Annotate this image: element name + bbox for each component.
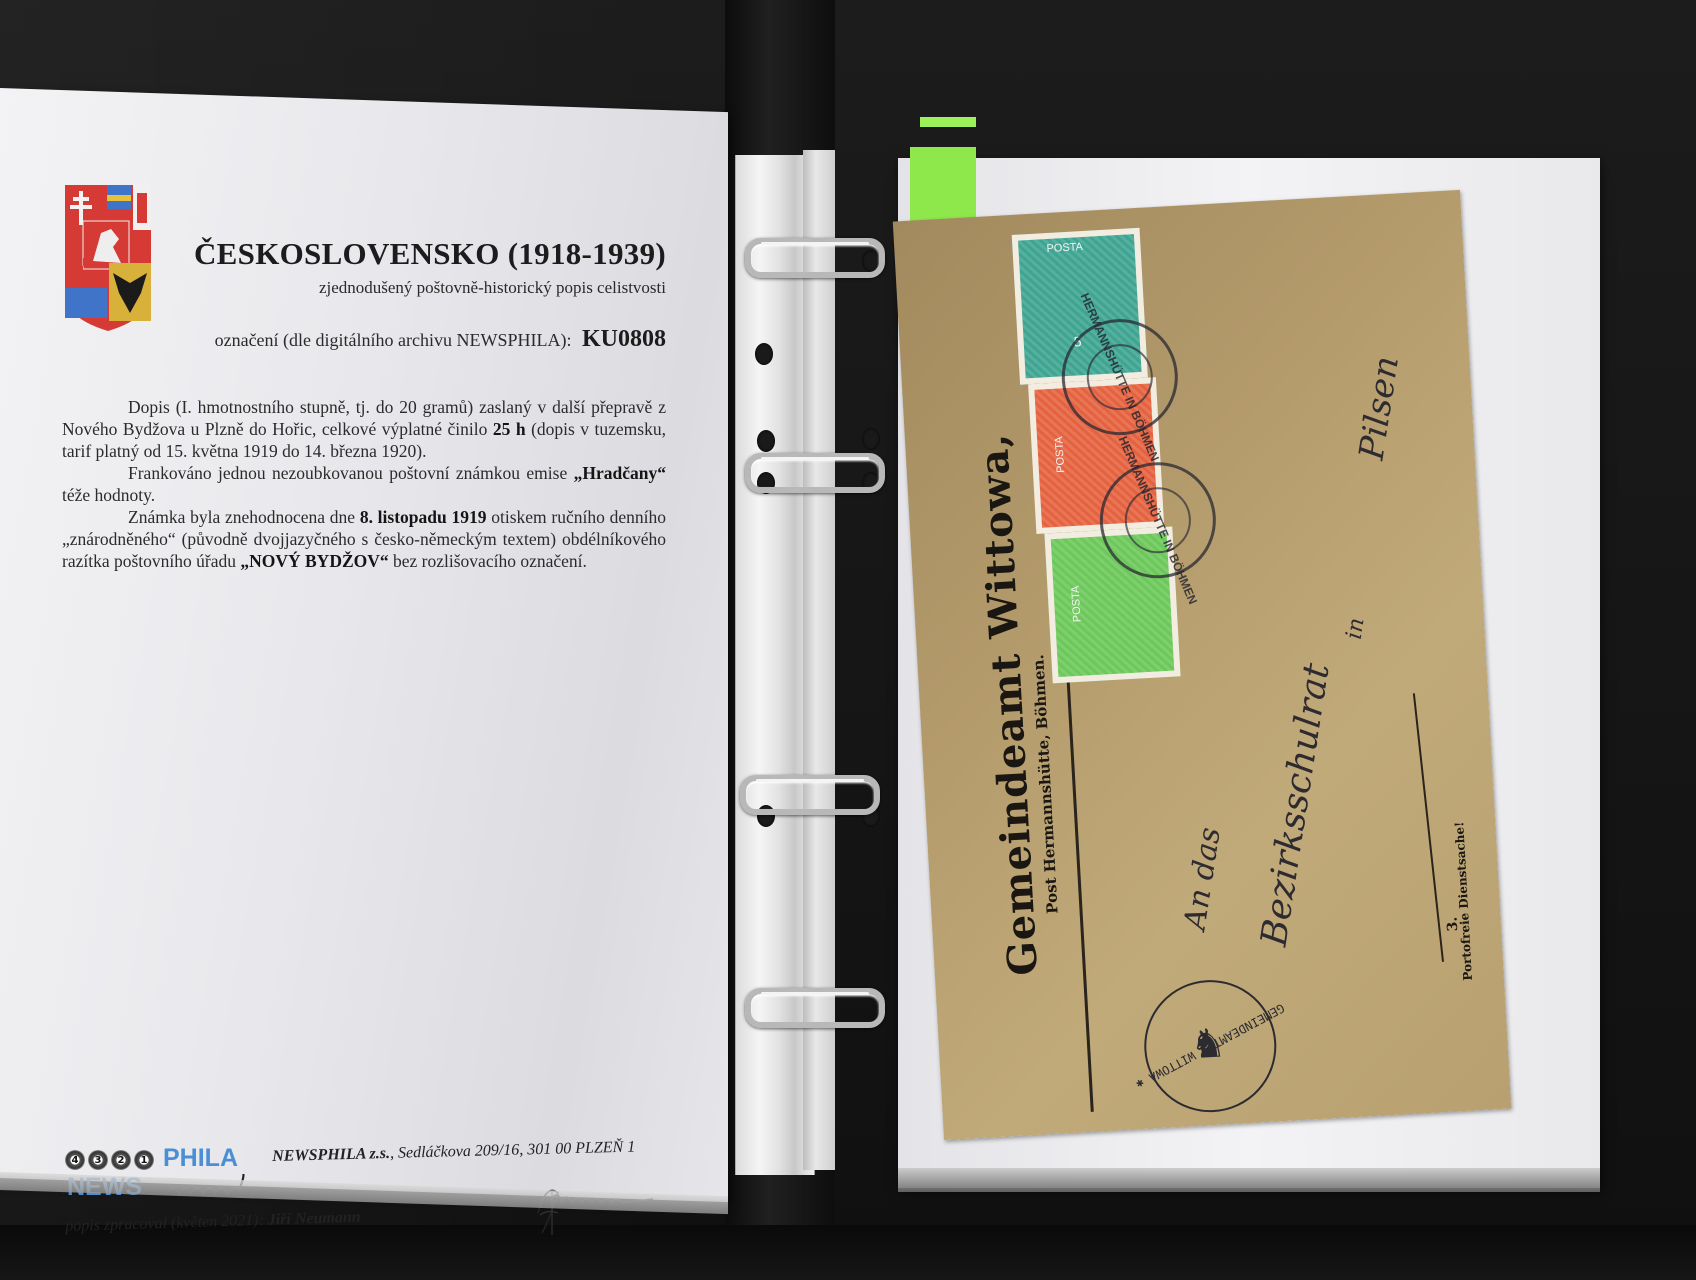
- author-name: Jiří Neumann: [268, 1209, 361, 1229]
- index-tab-top[interactable]: [920, 117, 976, 127]
- binder-ring[interactable]: [745, 238, 885, 278]
- binder-bottom-edge: [0, 1225, 1696, 1280]
- handwritten-city: Pilsen: [1352, 353, 1407, 462]
- handwritten-recipient: Bezirksschulrat: [1254, 661, 1338, 949]
- punch-hole: [755, 343, 773, 365]
- logo-digit-dot: 2: [111, 1150, 131, 1170]
- page-subtitle: zjednodušený poštovně-historický popis c…: [319, 278, 666, 298]
- stamp-label: POSTA: [1053, 436, 1067, 473]
- stamp-label: POSTA: [1046, 241, 1083, 255]
- binder-ring[interactable]: [745, 453, 885, 493]
- organization-address: NEWSPHILA z.s., Sedláčkova 209/16, 301 0…: [272, 1138, 635, 1165]
- logo-word-phila: PHILA: [163, 1144, 238, 1173]
- reference-line: označení (dle digitálního archivu NEWSPH…: [215, 326, 666, 353]
- czechoslovak-coat-of-arms-icon: [63, 183, 153, 333]
- logo-digit-dot: 1: [134, 1150, 154, 1170]
- reference-label: označení (dle digitálního archivu NEWSPH…: [215, 330, 572, 350]
- description-paragraph: Frankováno jednou nezoubkovanou poštovní…: [62, 462, 666, 506]
- binder-ring[interactable]: [745, 988, 885, 1028]
- left-album-page: ČESKOSLOVENSKO (1918-1939) zjednodušený …: [0, 88, 728, 1202]
- description-paragraph: Dopis (I. hmotnostního stupně, tj. do 20…: [62, 396, 666, 462]
- organization-address-text: , Sedláčkova 209/16, 301 00 PLZEŇ 1: [390, 1138, 636, 1161]
- sleeve-edge: [898, 1168, 1600, 1192]
- heraldic-lion-icon: ♞: [1189, 1019, 1227, 1068]
- logo-digit-dot: 3: [88, 1150, 108, 1170]
- punch-hole: [757, 430, 775, 452]
- binder-ring[interactable]: [740, 775, 880, 815]
- organization-name: NEWSPHILA z.s.: [272, 1145, 390, 1165]
- handwritten-in: in: [1342, 616, 1370, 641]
- official-rule: [1413, 693, 1444, 962]
- description-text: Dopis (I. hmotnostního stupně, tj. do 20…: [62, 396, 666, 572]
- handwritten-salutation: An das: [1178, 825, 1228, 932]
- official-note: Portofreie Dienstsache!: [1452, 821, 1475, 981]
- postal-cover: Gemeindeamt Wittowa, Post Hermannshütte,…: [893, 190, 1511, 1140]
- reference-code: KU0808: [582, 326, 666, 352]
- official-number: 3.: [1444, 916, 1461, 931]
- logo-digit-dot: 4: [65, 1150, 85, 1170]
- logo-number-dots: 4321: [65, 1150, 154, 1170]
- punch-hole: [862, 428, 880, 450]
- municipal-seal: GEMEINDEAMT ✱ WITTOWA ✱ ♞: [1141, 977, 1280, 1116]
- description-paragraph: Známka byla znehodnocena dne 8. listopad…: [62, 506, 666, 572]
- page-title: ČESKOSLOVENSKO (1918-1939): [194, 236, 666, 272]
- stamp-label: POSTA: [1070, 585, 1084, 622]
